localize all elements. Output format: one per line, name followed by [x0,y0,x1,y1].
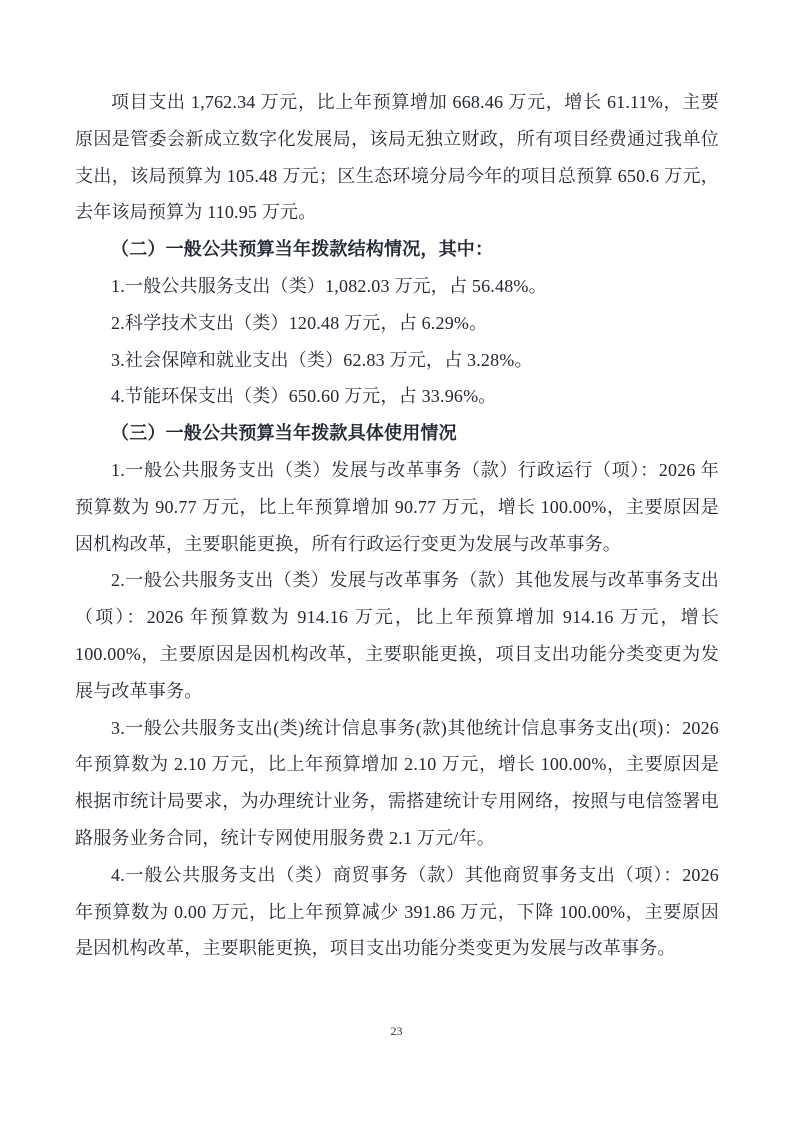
page-footer: 23 [0,1022,793,1040]
list-item-science-technology: 2.科学技术支出（类）120.48 万元，占 6.29%。 [75,305,719,342]
document-body: 项目支出 1,762.34 万元，比上年预算增加 668.46 万元，增长 61… [75,84,719,967]
list-item-general-public-services: 1.一般公共服务支出（类）1,082.03 万元，占 56.48%。 [75,268,719,305]
paragraph-usage-item-4: 4.一般公共服务支出（类）商贸事务（款）其他商贸事务支出（项）：2026 年预算… [75,857,719,967]
document-page: 项目支出 1,762.34 万元，比上年预算增加 668.46 万元，增长 61… [0,0,793,1122]
paragraph-project-expenditure: 项目支出 1,762.34 万元，比上年预算增加 668.46 万元，增长 61… [75,84,719,231]
section-heading-2: （二）一般公共预算当年拨款结构情况，其中： [75,231,719,268]
section-heading-3: （三）一般公共预算当年拨款具体使用情况 [75,415,719,452]
list-item-social-security: 3.社会保障和就业支出（类）62.83 万元，占 3.28%。 [75,342,719,379]
list-item-energy-environment: 4.节能环保支出（类）650.60 万元，占 33.96%。 [75,378,719,415]
paragraph-usage-item-1: 1.一般公共服务支出（类）发展与改革事务（款）行政运行（项）：2026 年预算数… [75,452,719,562]
paragraph-usage-item-3: 3.一般公共服务支出(类)统计信息事务(款)其他统计信息事务支出(项)：2026… [75,710,719,857]
page-number: 23 [391,1024,403,1038]
paragraph-usage-item-2: 2.一般公共服务支出（类）发展与改革事务（款）其他发展与改革事务支出（项）：20… [75,562,719,709]
